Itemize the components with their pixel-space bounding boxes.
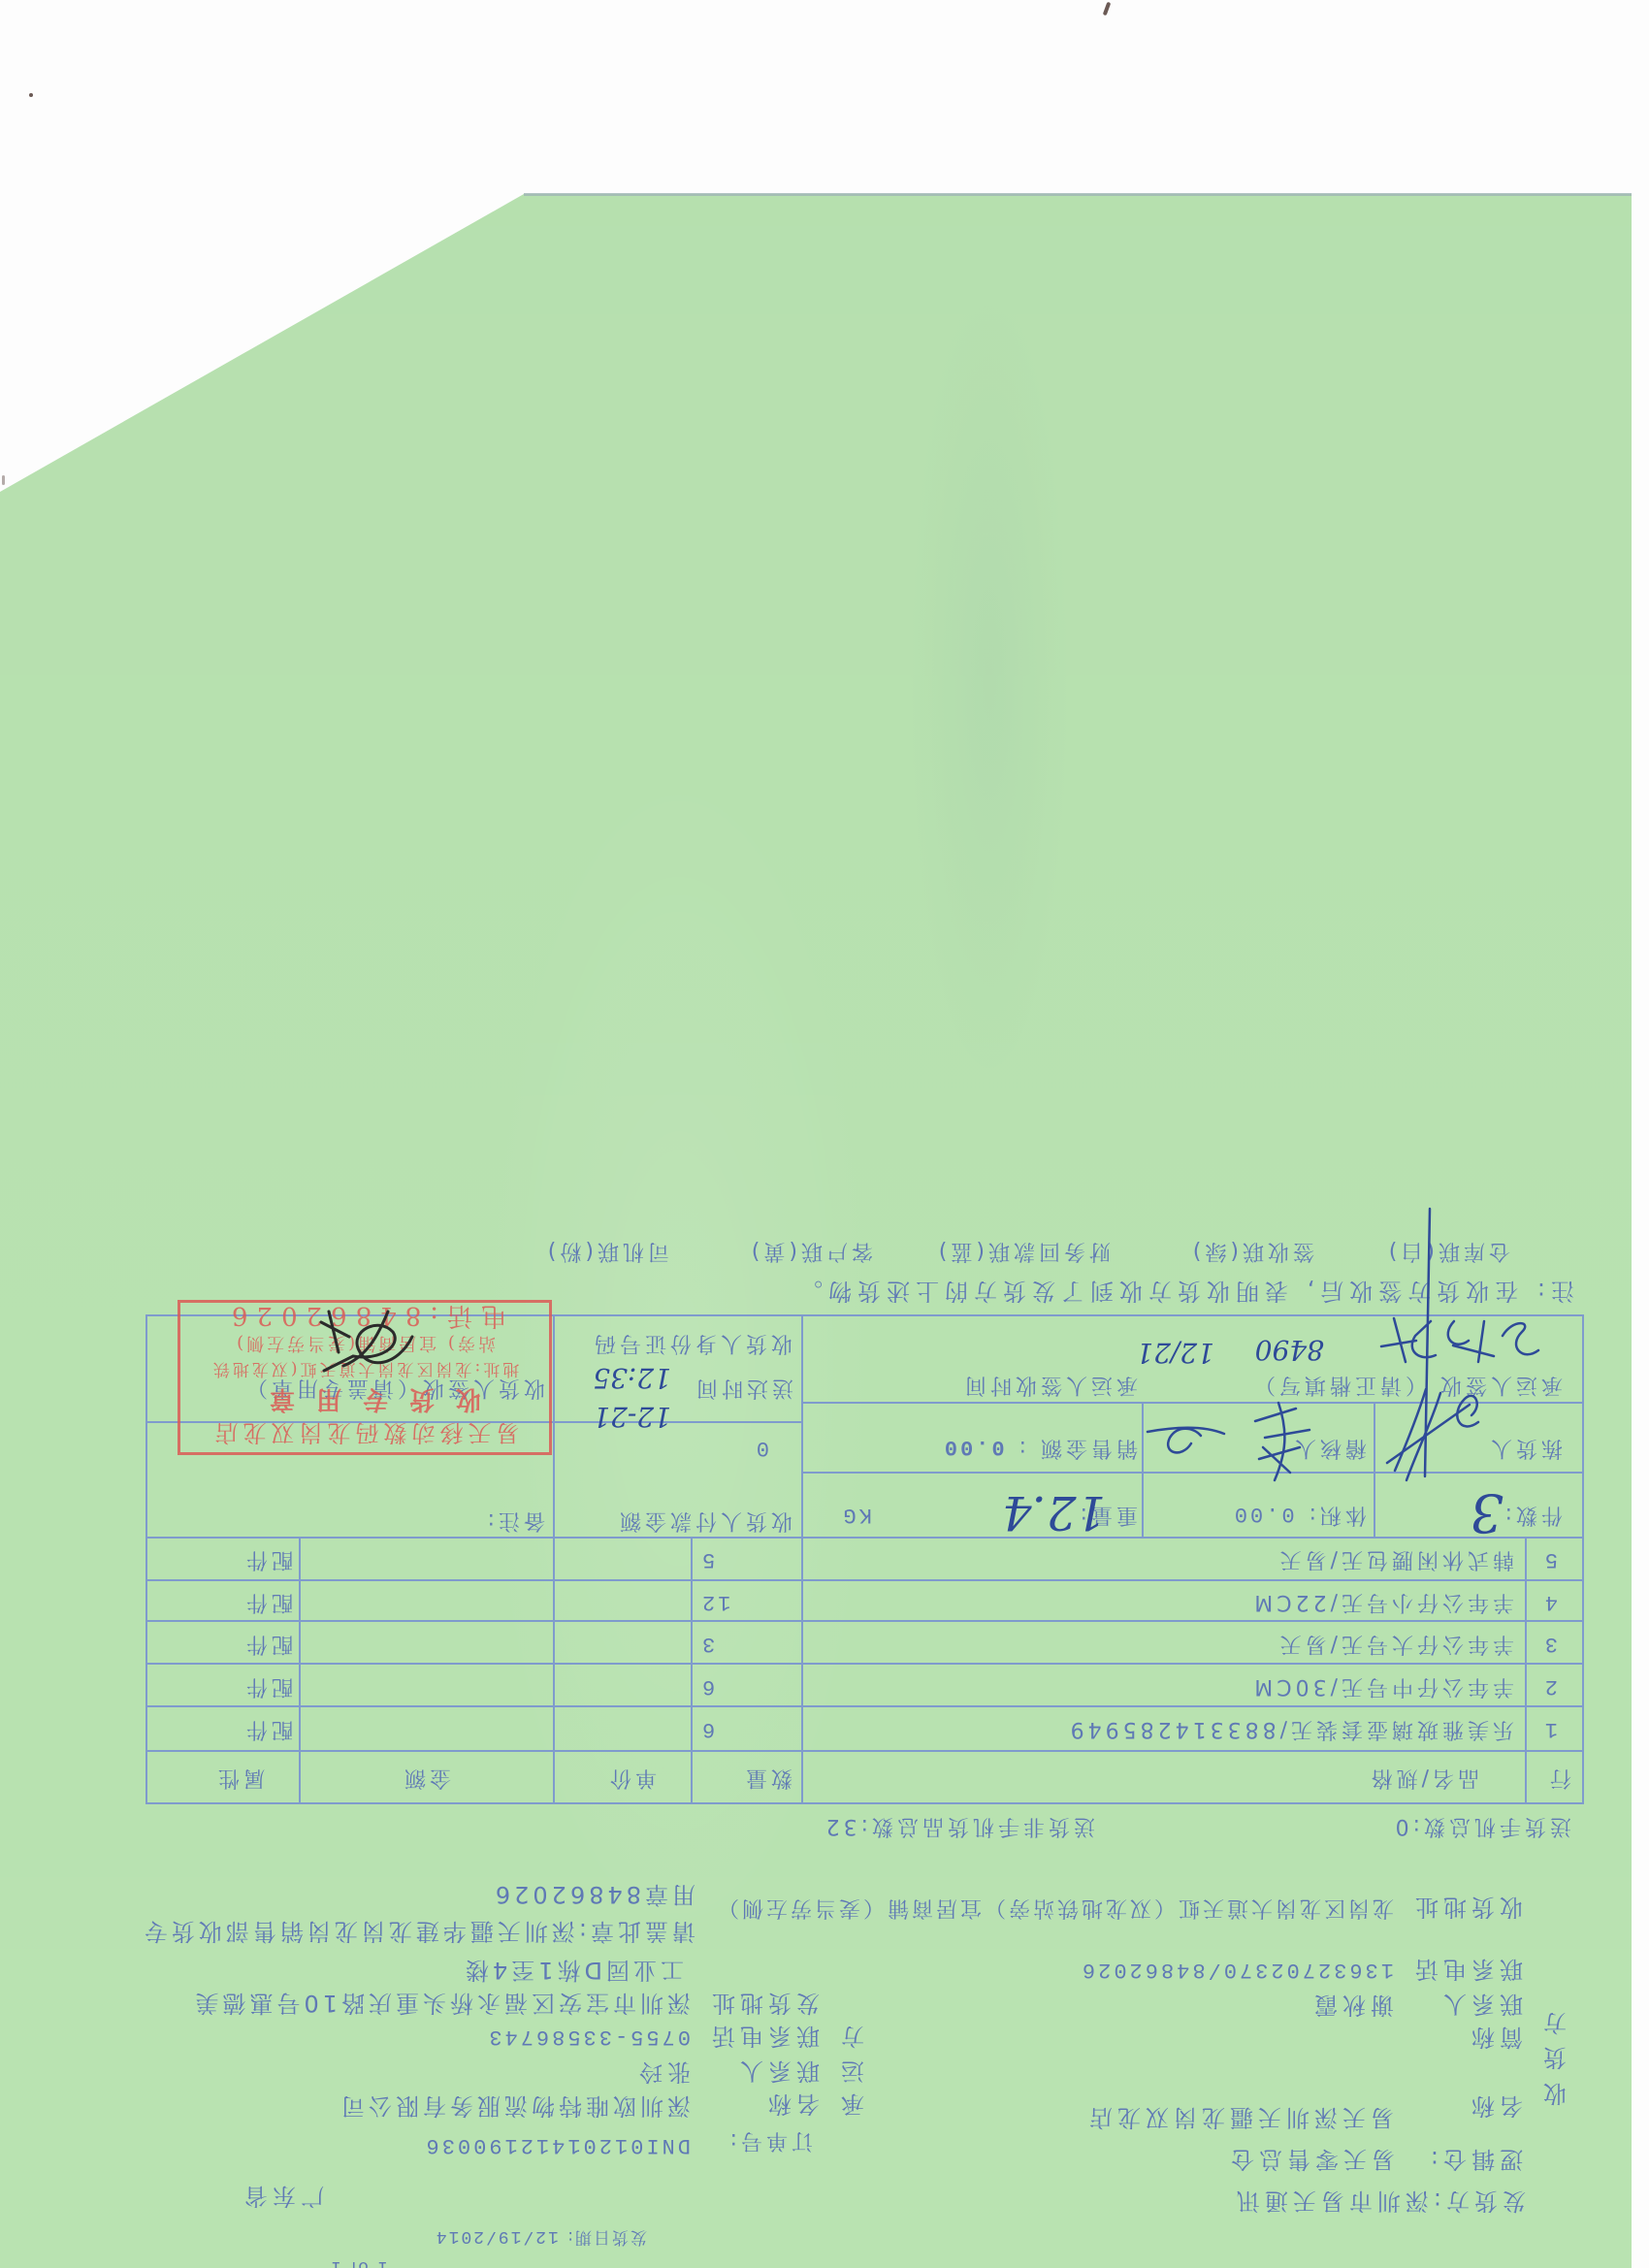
handwritten-delivery-time: 12:35: [593, 1364, 671, 1391]
receiving-stamp: 易天移动数码龙岗双龙店 收货专用章 地址:龙岗区龙岗大道天虹(双龙地铁 站旁) …: [178, 1300, 552, 1455]
phone-total-label: 送货手机总数:: [1409, 1814, 1571, 1838]
stamp-line: 收货专用章: [180, 1386, 549, 1411]
column-header-unit-price: 单价: [606, 1766, 657, 1788]
volume-label: 体积:: [1306, 1503, 1367, 1527]
payment-value: 0: [754, 1437, 769, 1458]
consignee-contact-label: 联系人: [1439, 1993, 1523, 2016]
ship-date-label: 发货日期:: [566, 2227, 647, 2247]
stamp-line: 地址:龙岗区龙岗大道天虹(双龙地铁: [180, 1360, 549, 1377]
province: 广东省: [240, 2185, 324, 2208]
table-rule: [553, 1316, 555, 1539]
sales-amount-value: 0.00: [942, 1435, 1005, 1459]
handwritten-carrier-number: 8490: [1255, 1336, 1324, 1363]
carrier-sign-hint: （请正楷填写）: [1250, 1374, 1427, 1395]
row-no: 3: [1542, 1633, 1558, 1654]
copy-label: 仓库联(白): [1385, 1240, 1510, 1261]
table-rule: [147, 1705, 1582, 1707]
row-attr: 配件: [242, 1675, 293, 1697]
carrier-section-label: 运: [836, 2059, 864, 2083]
column-header-amount: 金额: [401, 1766, 451, 1788]
auditor-label: 稽核人: [1291, 1437, 1367, 1458]
row-attr: 配件: [242, 1718, 293, 1739]
row-no: 2: [1542, 1675, 1558, 1697]
table-rule: [299, 1539, 301, 1802]
copy-label: 签收联(绿): [1189, 1240, 1314, 1261]
consignee-address: 龙岗区龙岗大道天虹（双龙地铁站旁）宜居商铺（麦当劳左侧）: [715, 1896, 1394, 1918]
carrier-section-label: 方: [836, 2025, 864, 2048]
handwritten-carrier-date: 12/21: [1136, 1339, 1214, 1366]
row-qty: 3: [699, 1633, 758, 1654]
ship-date-value: 12/19/2014: [435, 2226, 559, 2246]
copy-label: 司机联(粉): [544, 1240, 669, 1261]
row-item-name: 乐美雅玻璃壶套装无/883314285949: [1067, 1718, 1514, 1739]
delivery-time-label: 送达时间: [693, 1377, 793, 1398]
consignee-name: 易天深圳天疆龙岗双龙店: [1084, 2106, 1394, 2129]
row-qty: 6: [699, 1718, 758, 1739]
non-phone-total: 送货非手机货品总数:32: [823, 1815, 1095, 1836]
payment-label: 收货人付款金额: [616, 1509, 792, 1531]
non-phone-total-value: 32: [823, 1814, 857, 1838]
phone-total: 送货手机总数:0: [1392, 1815, 1571, 1836]
table-rule: [802, 1402, 1582, 1404]
column-header-qty: 数量: [742, 1766, 792, 1788]
row-qty: 5: [699, 1548, 758, 1570]
table-rule: [691, 1539, 693, 1802]
consignee-address-label: 收货地址: [1410, 1895, 1523, 1919]
shipper-value: 深圳市易天通讯: [1232, 2187, 1429, 2215]
row-qty: 12: [699, 1591, 758, 1612]
stamp-instruction-line: 用章84862026: [492, 1883, 695, 1906]
column-header-name: 品名/规格: [1368, 1766, 1479, 1788]
sales-amount-label: 销售金额 :: [1016, 1436, 1138, 1460]
table-rule: [1525, 1539, 1527, 1802]
non-phone-total-label: 送货非手机货品总数:: [857, 1814, 1095, 1838]
consignee-phone: 13632702370/84862026: [1080, 1959, 1394, 1980]
table-rule: [802, 1472, 1582, 1474]
stamp-instruction-line: 请盖此章:深圳天疆华建龙岗龙岗销售部收货专: [141, 1920, 695, 1943]
warehouse-label: 逻辑仓:: [1426, 2148, 1523, 2171]
delivery-note: 1 of 1 发货日期: 12/19/2014 发货方:深圳市易天通讯 广东省 …: [0, 0, 1649, 2268]
stamp-line: 站旁) 宜居商铺(麦当劳左侧): [180, 1334, 549, 1351]
picker-label: 拣货人: [1487, 1437, 1563, 1458]
row-item-name: 韩式休闲腰包无/易天: [1277, 1548, 1514, 1570]
table-rule: [147, 1537, 1582, 1539]
id-number-label: 收货人身份证号码: [591, 1332, 792, 1353]
carrier-contact: 张玲: [634, 2060, 691, 2084]
carrier-phone: 0755-33586743: [486, 2025, 691, 2047]
warehouse-value: 易天零售总仓: [1226, 2148, 1395, 2171]
order-no-label: 订单号:: [727, 2129, 813, 2151]
consignee-section-label: 方: [1538, 2011, 1567, 2034]
handwritten-weight: 12.4: [1002, 1489, 1106, 1536]
column-header-no: 行: [1546, 1766, 1571, 1788]
table-rule: [801, 1539, 803, 1802]
pieces-label: 件数:: [1502, 1504, 1563, 1525]
table-rule: [1142, 1404, 1144, 1539]
page-indicator: 1 of 1: [329, 2258, 388, 2268]
table-rule: [801, 1316, 803, 1539]
order-no-value: DNI01201412190036: [424, 2134, 691, 2155]
table-rule: [147, 1620, 1582, 1622]
row-no: 1: [1542, 1718, 1558, 1739]
column-header-attr: 属性: [214, 1766, 265, 1788]
table-rule: [147, 1663, 1582, 1665]
table-rule: [553, 1539, 555, 1802]
row-attr: 配件: [242, 1591, 293, 1612]
sales-amount: 销售金额 : 0.00: [942, 1436, 1138, 1458]
carrier-name-label: 名称: [763, 2092, 820, 2116]
consignee-contact: 谢秋霞: [1309, 1993, 1394, 2017]
copy-label: 客户联(黄): [748, 1240, 873, 1261]
carrier-sign-label: 承运人签收: [1437, 1374, 1563, 1395]
consignee-section-label: 收: [1538, 2082, 1567, 2105]
table-rule: [147, 1750, 1582, 1752]
carrier-ship-address-line: 工业园D栋1至4楼: [462, 1959, 684, 1982]
row-item-name: 羊年公仔小号无/22CM: [1250, 1591, 1514, 1612]
receipt-note: 注: 在收货方签收后, 表明收货方收到了发货方的上述货物。: [793, 1280, 1574, 1303]
stamp-line: 易天移动数码龙岗双龙店: [180, 1421, 549, 1444]
copy-label: 财务回款联(蓝): [935, 1240, 1111, 1261]
handwritten-pieces: 3: [1471, 1486, 1503, 1539]
carrier-section-label: 承: [836, 2092, 864, 2116]
volume: 体积: 0.00: [1232, 1503, 1367, 1525]
row-attr: 配件: [242, 1548, 293, 1570]
row-item-name: 羊年公仔中号无/30CM: [1250, 1675, 1514, 1697]
carrier-ship-address-label: 发货地址: [707, 1992, 820, 2015]
row-attr: 配件: [242, 1633, 293, 1654]
consignee-short-name-label: 简称: [1467, 2025, 1523, 2049]
table-rule: [1374, 1404, 1375, 1539]
remarks-label: 备注:: [484, 1509, 545, 1531]
shipper-label: 发货方:: [1429, 2187, 1526, 2215]
row-no: 5: [1542, 1548, 1558, 1570]
volume-value: 0.00: [1232, 1502, 1295, 1526]
handwritten-delivery-date: 12-21: [593, 1403, 671, 1430]
carrier-contact-label: 联系人: [735, 2059, 820, 2083]
consignee-phone-label: 联系电话: [1410, 1958, 1523, 1981]
shipper: 发货方:深圳市易天通讯: [1232, 2189, 1526, 2213]
row-item-name: 羊年公仔大号无/易天: [1277, 1633, 1514, 1654]
row-no: 4: [1542, 1591, 1558, 1612]
table-rule: [147, 1579, 1582, 1581]
carrier-phone-label: 联系电话: [707, 2025, 820, 2048]
phone-total-value: 0: [1392, 1814, 1409, 1838]
consignee-name-label: 名称: [1467, 2094, 1523, 2118]
weight-unit: KG: [841, 1504, 872, 1525]
consignee-section-label: 货: [1538, 2046, 1567, 2069]
row-qty: 6: [699, 1675, 758, 1697]
ship-date: 发货日期: 12/19/2014: [435, 2227, 647, 2245]
carrier-ship-address-line: 深圳市宝安区福永桥头重庆路10号惠德美: [191, 1992, 691, 2015]
carrier-name: 深圳欧唯特物流服务有限公司: [338, 2094, 691, 2118]
carrier-sign-time-label: 承运人签收时间: [961, 1374, 1138, 1395]
stamp-line: 电话:84862026: [180, 1303, 549, 1328]
